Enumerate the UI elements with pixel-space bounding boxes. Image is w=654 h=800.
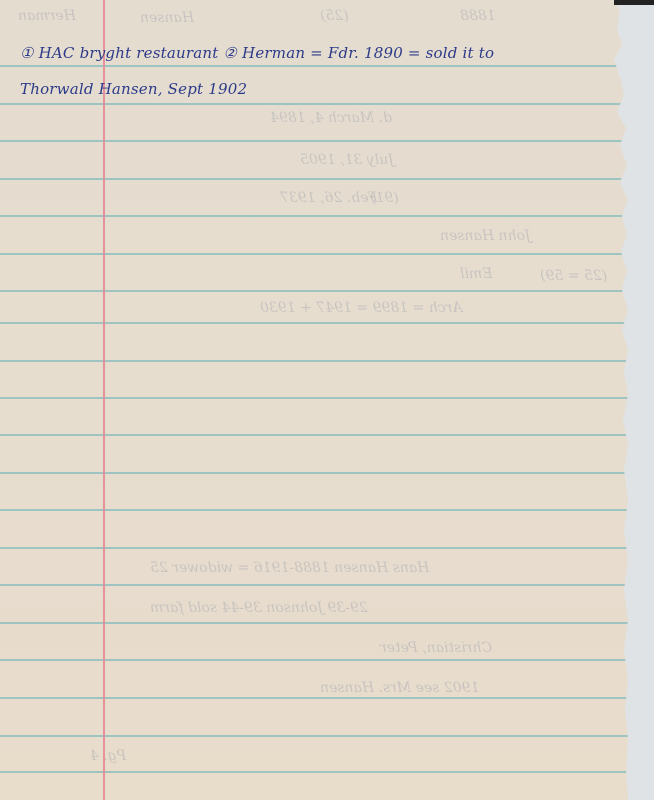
show-through-text: Christian, Peter — [380, 640, 492, 656]
show-through-text: (25 = 59) — [540, 268, 607, 284]
scan-edge-shadow — [614, 0, 654, 5]
ruled-line — [0, 735, 628, 737]
handwritten-note-line-1: ① HAC bryght restaurant ② Herman = Fdr. … — [20, 44, 494, 62]
show-through-text: July 31, 1905 — [300, 152, 394, 168]
ruled-line — [0, 771, 628, 773]
ruled-line — [0, 659, 628, 661]
ruled-line — [0, 509, 628, 511]
margin-line — [103, 0, 105, 800]
show-through-text: d. March 4, 1894 — [270, 110, 392, 126]
notebook-page: Herman Hansen (25) 1888 d. March 4, 1894… — [0, 0, 628, 800]
show-through-text: Feb. 26, 1937 — [280, 190, 377, 206]
show-through-text: 1902 see Mrs. Hansen — [320, 680, 479, 696]
ruled-line — [0, 65, 628, 67]
ruled-line — [0, 472, 628, 474]
ruled-line — [0, 360, 628, 362]
handwritten-note-line-2: Thorwald Hansen, Sept 1902 — [20, 80, 247, 98]
show-through-text: Herman — [18, 8, 76, 24]
ruled-line — [0, 253, 628, 255]
show-through-text: John Hansen — [440, 228, 531, 244]
show-through-text: Arch = 1899 = 1947 + 1930 — [260, 300, 462, 316]
show-through-text: Emil — [460, 266, 492, 282]
show-through-text: 29-39 Johnson 39-44 sold farm — [150, 600, 368, 616]
ruled-line — [0, 622, 628, 624]
ruled-line — [0, 178, 628, 180]
show-through-text: Pg. 4 — [90, 748, 126, 764]
ruled-line — [0, 215, 628, 217]
show-through-text: 1888 — [460, 8, 496, 24]
show-through-text: Hans Hansen 1888-1916 = widower 25 — [150, 560, 429, 576]
show-through-text: Hansen — [140, 10, 194, 26]
ruled-line — [0, 140, 628, 142]
ruled-line — [0, 103, 628, 105]
ruled-line — [0, 697, 628, 699]
ruled-line — [0, 434, 628, 436]
ruled-line — [0, 290, 628, 292]
ruled-line — [0, 397, 628, 399]
ruled-line — [0, 322, 628, 324]
ruled-line — [0, 547, 628, 549]
ruled-line — [0, 584, 628, 586]
show-through-text: (91) — [370, 190, 399, 206]
show-through-text: (25) — [320, 8, 349, 24]
